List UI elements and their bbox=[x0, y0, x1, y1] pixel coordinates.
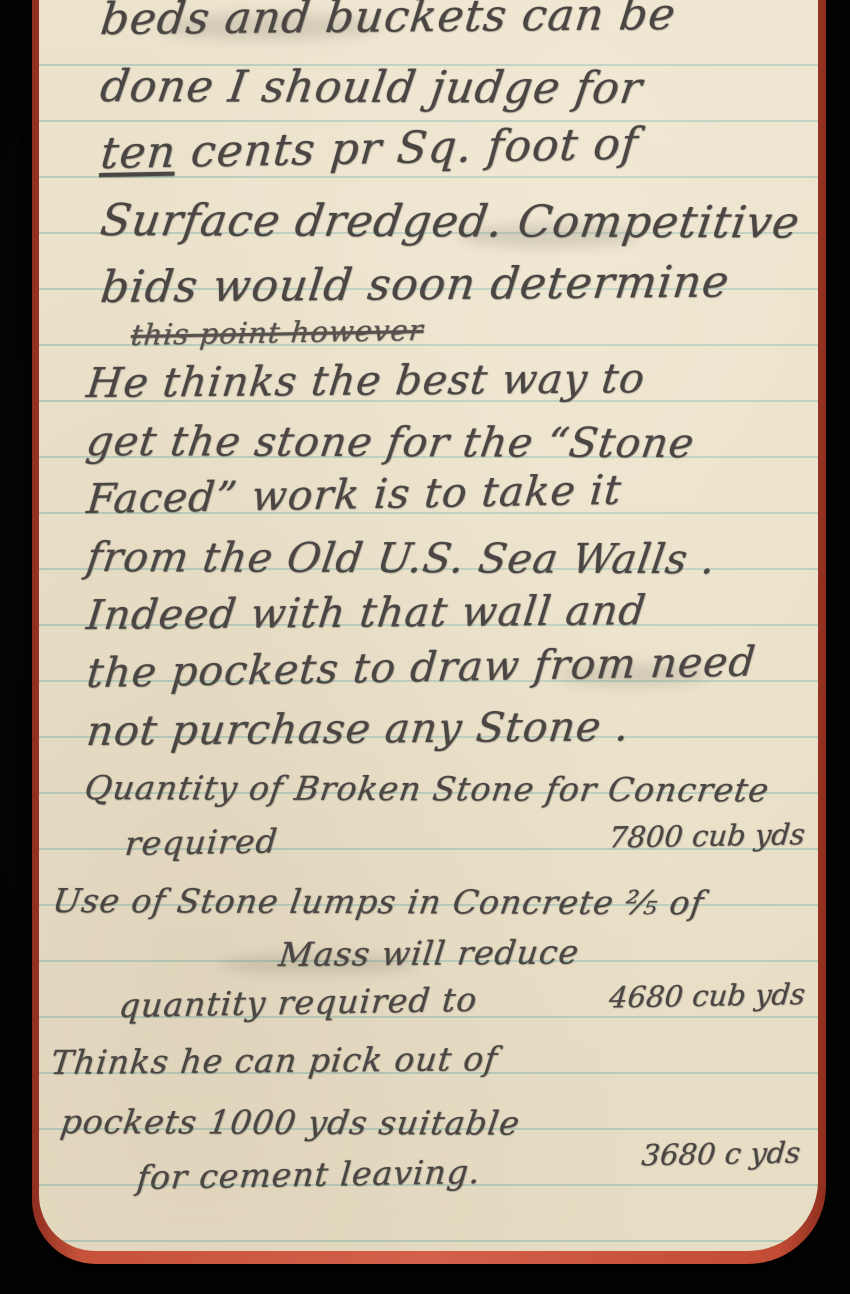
handwriting-segment: Faced” work is to take it bbox=[85, 466, 624, 523]
handwriting-line: Faced” work is to take it bbox=[84, 457, 807, 528]
handwriting-segment: beds and buckets can be bbox=[98, 0, 679, 45]
notebook-page-red-edge: beds and buckets can bedone I should jud… bbox=[32, 0, 826, 1264]
handwriting-segment: bids would soon determine bbox=[98, 257, 732, 313]
handwriting-segment: the pockets to draw from need bbox=[85, 637, 758, 697]
handwriting-segment: Use of Stone lumps in Concrete ⅖ of bbox=[50, 881, 707, 922]
handwriting-segment: for cement leaving. bbox=[135, 1152, 482, 1197]
quantity-value: 7800 cub yds bbox=[607, 806, 808, 865]
handwriting-line: Use of Stone lumps in Concrete ⅖ of bbox=[49, 872, 808, 933]
underlined-word: ten bbox=[99, 127, 179, 179]
handwriting-segment: Indeed with that wall and bbox=[84, 586, 649, 639]
handwriting-line: from the Old U.S. Sea Walls . bbox=[83, 528, 808, 589]
handwriting-segment: pockets 1000 yds suitable bbox=[58, 1102, 523, 1143]
handwriting-segment: Thinks he can pick out of bbox=[49, 1039, 500, 1082]
handwriting-line: ten cents pr Sq. foot of bbox=[98, 108, 808, 187]
handwriting-segment: from the Old U.S. Sea Walls . bbox=[84, 533, 720, 583]
handwriting-segment: not purchase any Stone . bbox=[84, 702, 632, 755]
handwriting-line: the pockets to draw from need bbox=[84, 631, 807, 702]
handwriting-segment: required bbox=[123, 821, 279, 863]
handwriting-segment: Mass will reduce bbox=[277, 932, 582, 974]
handwriting-line: Surface dredged. Competitive bbox=[96, 187, 808, 256]
handwriting-line: Thinks he can pick out of bbox=[47, 1025, 808, 1094]
handwriting-line: He thinks the best way to bbox=[84, 348, 808, 412]
notebook-paper: beds and buckets can bedone I should jud… bbox=[39, 0, 818, 1251]
handwriting-segment: He thinks the best way to bbox=[84, 354, 648, 407]
handwriting-segment: quantity required to bbox=[117, 980, 479, 1025]
quantity-value: 4680 cub yds bbox=[607, 968, 807, 1023]
handwriting-line: for cement leaving.3680 c yds bbox=[135, 1138, 808, 1206]
handwriting-segment: Surface dredged. Competitive bbox=[97, 195, 803, 248]
handwriting-line: quantity required to4680 cub yds bbox=[117, 968, 808, 1032]
handwriting-segment: cents pr Sq. foot of bbox=[174, 119, 641, 178]
handwriting-segment: get the stone for the “Stone bbox=[84, 417, 698, 467]
handwriting-line: required7800 cub yds bbox=[123, 804, 808, 872]
handwriting-text-block: beds and buckets can bedone I should jud… bbox=[67, 0, 804, 1251]
handwriting-segment: done I should judge for bbox=[97, 61, 646, 114]
handwriting-line: not purchase any Stone . bbox=[84, 696, 808, 760]
handwriting-line: beds and buckets can be bbox=[97, 0, 808, 53]
handwriting-segment: Quantity of Broken Stone for Concrete bbox=[82, 768, 772, 809]
quantity-value: 3680 c yds bbox=[639, 1124, 802, 1183]
handwriting-segment: this point however bbox=[130, 313, 426, 352]
